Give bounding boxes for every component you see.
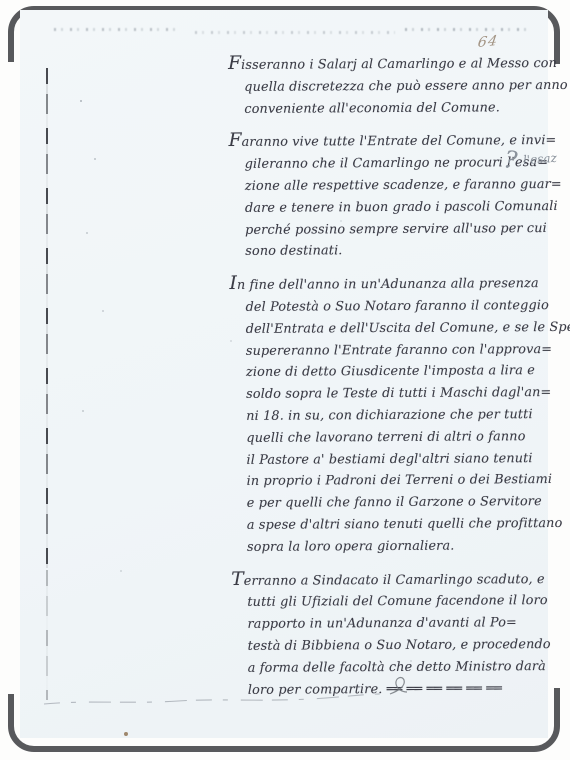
manuscript-line: sopra la loro opera giornaliera.	[247, 535, 549, 559]
binding-crease	[46, 68, 48, 568]
annotation-question-mark: ?	[502, 147, 518, 173]
bleedthrough-text-line	[405, 28, 533, 31]
text-block: Fisseranno i Salarj al Camarlingo e al M…	[228, 53, 550, 701]
manuscript-line: in proprio i Padroni dei Terreni o dei B…	[247, 469, 549, 493]
manuscript-line: dell'Entrata e dell'Uscita del Comune, e…	[246, 317, 548, 341]
manuscript-line: perché possino sempre servire all'uso pe…	[245, 218, 547, 242]
manuscript-line: supereranno l'Entrate faranno con l'appr…	[246, 339, 548, 363]
manuscript-line: soldo sopra le Teste di tutti i Maschi d…	[246, 382, 548, 406]
manuscript-paragraph: In fine dell'anno in un'Adunanza alla pr…	[229, 273, 549, 558]
manuscript-line: quelli che lavorano terreni di altri o f…	[246, 426, 548, 450]
manuscript-paragraph: Fisseranno i Salarj al Camarlingo e al M…	[228, 53, 546, 120]
manuscript-line: zione di detto Giusdicente l'imposta a l…	[246, 360, 548, 384]
manuscript-line: del Potestà o Suo Notaro faranno il cont…	[246, 295, 548, 319]
manuscript-line: il Pastore a' bestiami degl'altri siano …	[246, 448, 548, 472]
bleedthrough-text-line	[195, 31, 395, 34]
manuscript-line: rapporto in un'Adunanza d'avanti al Po=	[247, 612, 549, 636]
manuscript-line: testà di Bibbiena o Suo Notaro, e proced…	[248, 634, 550, 658]
manuscript-line: Terranno a Sindacato il Camarlingo scadu…	[231, 569, 549, 593]
manuscript-line: a spese d'altri siano tenuti quelli che …	[247, 513, 549, 537]
manuscript-line: ni 18. in su, con dichiarazione che per …	[246, 404, 548, 428]
manuscript-line: zione alle respettive scadenze, e farann…	[245, 174, 547, 198]
ink-dot	[124, 732, 128, 736]
manuscript-line: quella discretezza che può essere anno p…	[244, 75, 546, 99]
manuscript-line: tutti gli Ufiziali del Comune facendone …	[247, 590, 549, 614]
frame-gap-left	[0, 62, 20, 694]
screenshot-root: { "page": { "folio_number": "64", "margi…	[0, 0, 570, 760]
manuscript-line: In fine dell'anno in un'Adunanza alla pr…	[229, 273, 547, 297]
bleedthrough-text-line	[54, 28, 179, 31]
folio-number: 64	[477, 33, 500, 51]
manuscript-line: Fisseranno i Salarj al Camarlingo e al M…	[228, 53, 546, 77]
manuscript-page: 64 Fisseranno i Salarj al Camarlingo e a…	[20, 10, 548, 738]
manuscript-line: dare e tenere in buon grado i pascoli Co…	[245, 196, 547, 220]
manuscript-line: Faranno vive tutte l'Entrate del Comune,…	[229, 130, 547, 154]
manuscript-line: e per quelli che fanno il Garzone o Serv…	[247, 491, 549, 515]
pencil-flourish	[38, 670, 458, 718]
manuscript-paragraph: Faranno vive tutte l'Entrate del Comune,…	[229, 130, 548, 263]
paper-speckles	[80, 100, 82, 102]
manuscript-line: conveniente all'economia del Comune.	[244, 97, 546, 121]
margin-annotation: ? l'esaz	[504, 148, 570, 172]
annotation-text: l'esaz	[522, 151, 557, 167]
manuscript-line: sono destinati.	[245, 239, 547, 263]
